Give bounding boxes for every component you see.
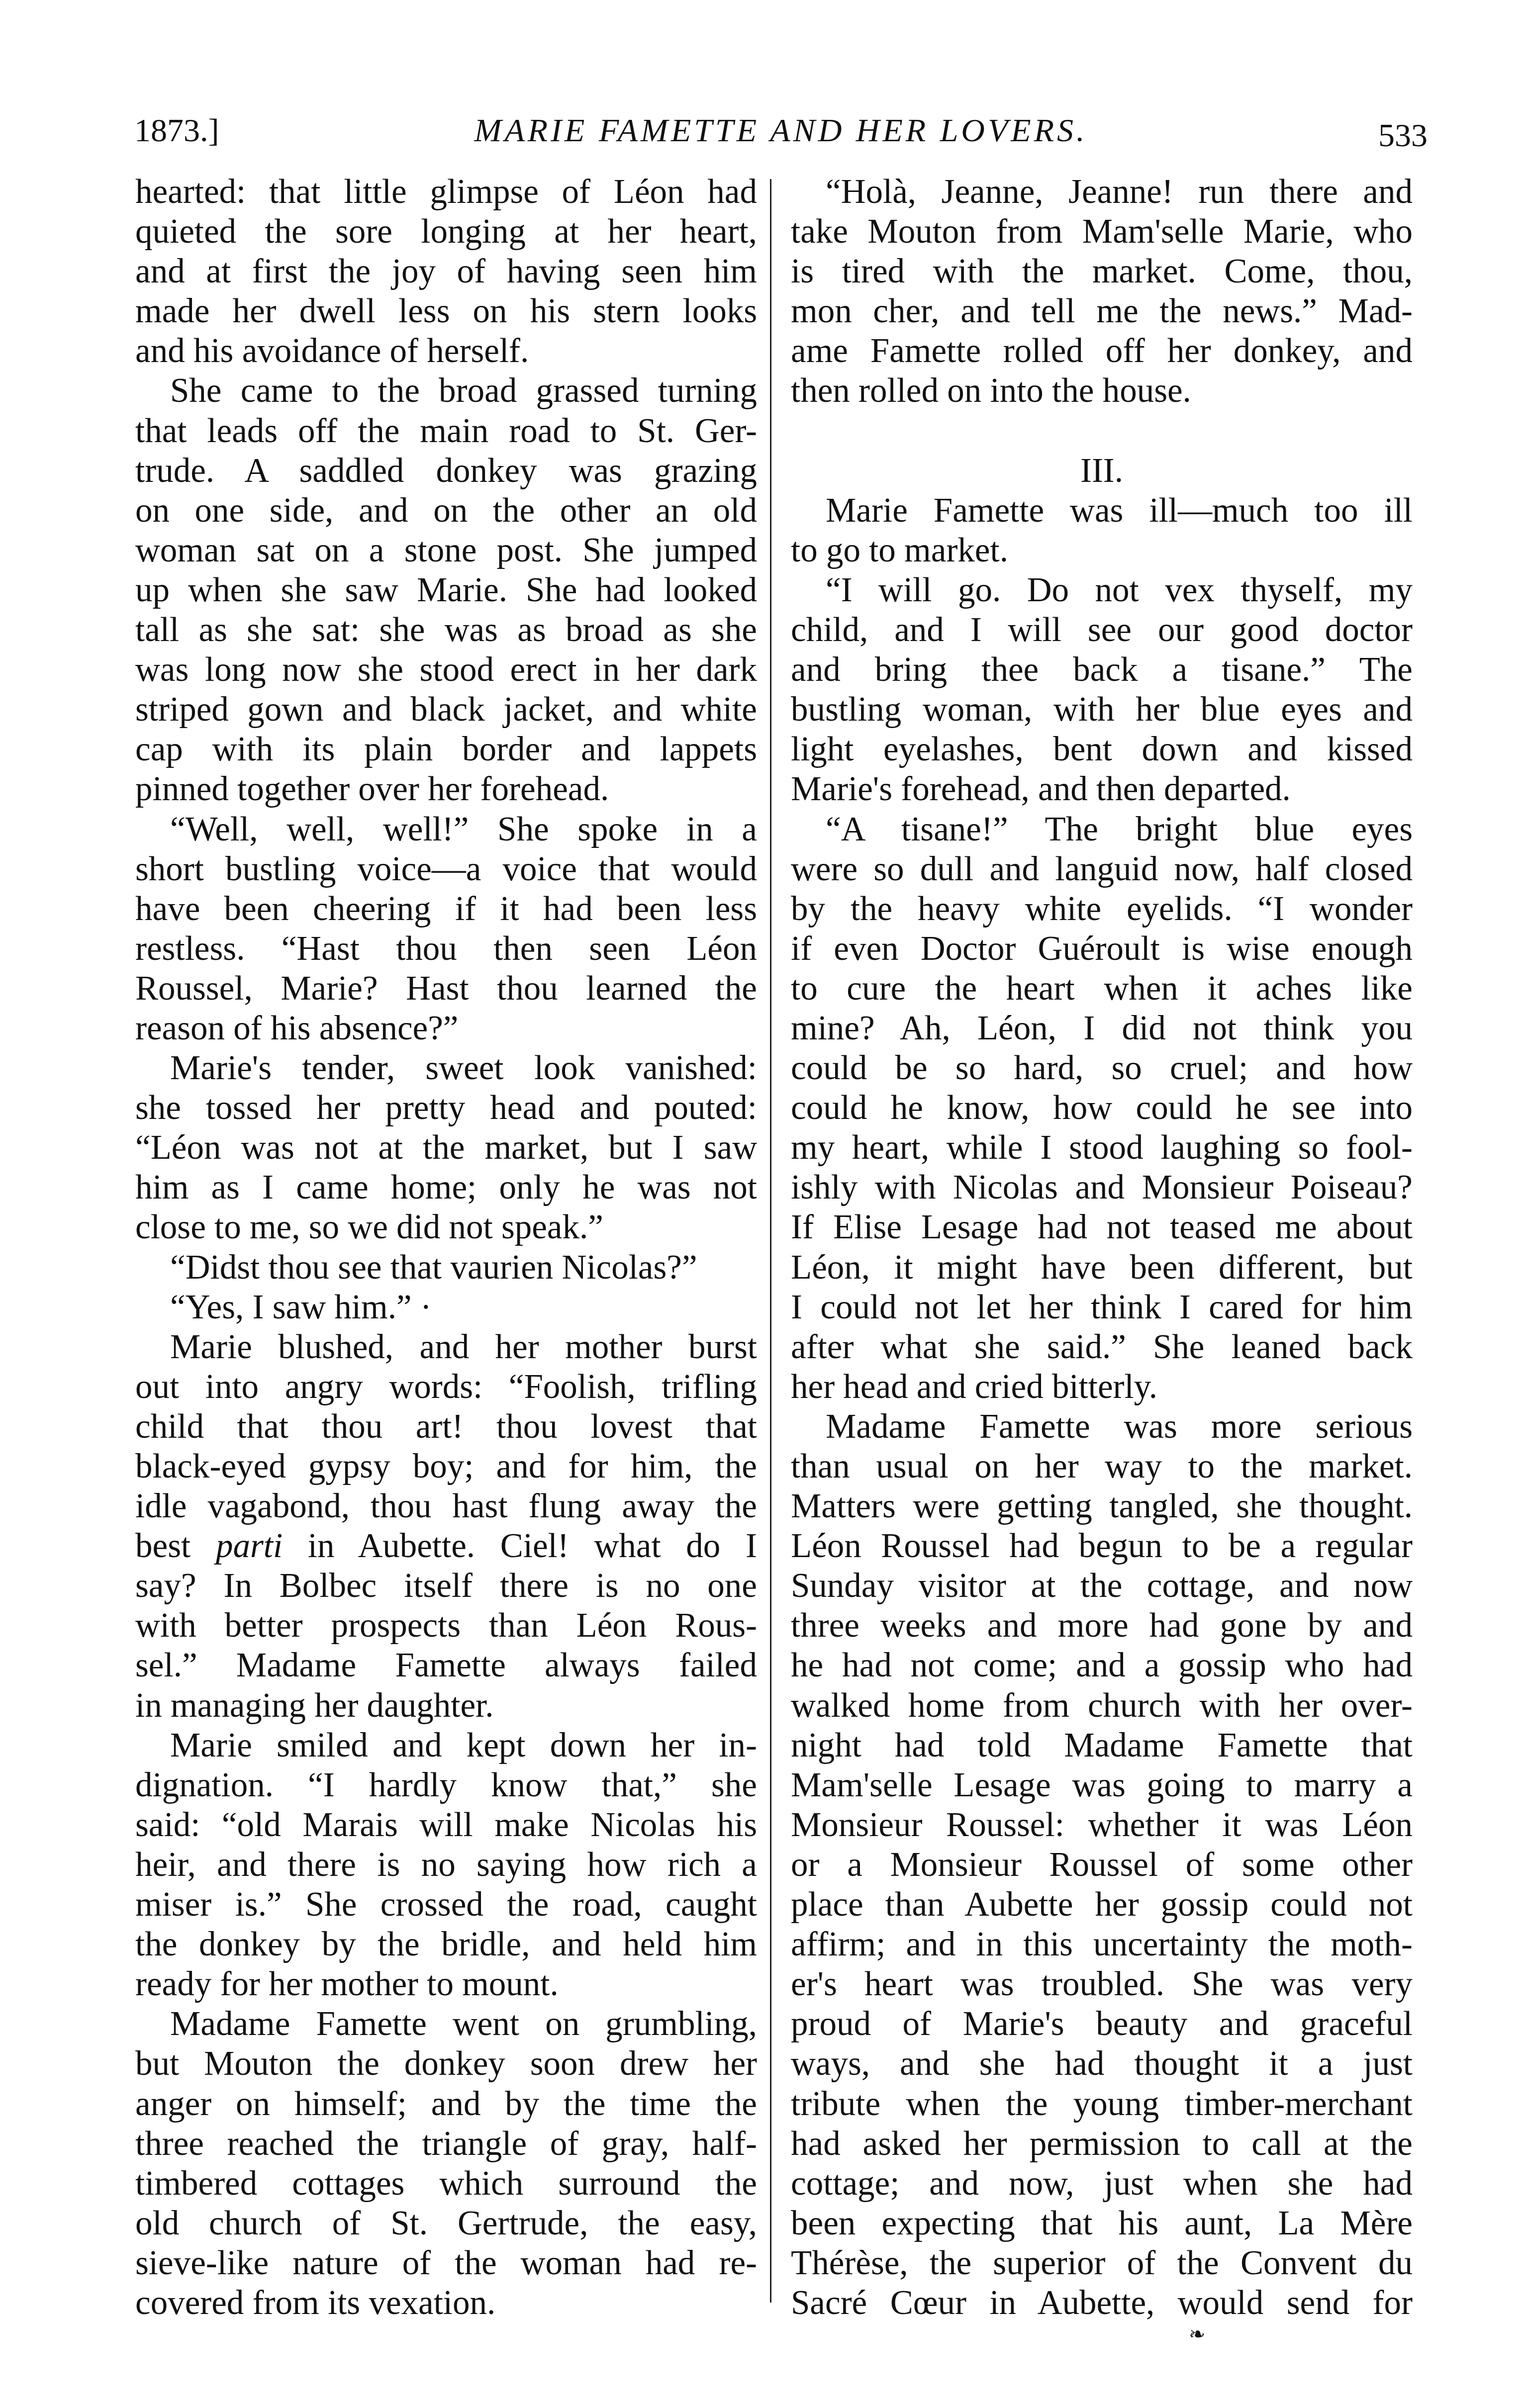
text-line: hearted: that little glimpse of Léon had [135,172,757,211]
text-line: Roussel, Marie? Hast thou learned the [135,968,757,1008]
text-line: were so dull and languid now, half close… [791,849,1413,889]
line-text: idle vagabond, thou hast flung away the [135,1487,757,1525]
line-text: to go to market. [791,531,1008,569]
line-text: heir, and there is no saying how rich a [135,1846,757,1883]
line-text: close to me, so we did not speak.” [135,1208,603,1246]
line-text: Matters were getting tangled, she though… [791,1487,1413,1525]
line-text: III. [1080,452,1123,489]
text-line: heir, and there is no saying how rich a [135,1845,757,1884]
line-text: had asked her permission to call at the [791,2125,1413,2162]
text-line: She came to the broad grassed turning [135,370,757,410]
text-line: but Mouton the donkey soon drew her [135,2043,757,2083]
line-text: Léon, it might have been different, but [791,1248,1413,1286]
line-text: Marie blushed, and her mother burst [170,1328,757,1366]
text-line: out into angry words: “Foolish, trifling [135,1367,757,1406]
text-line: pinned together over her forehead. [135,769,757,809]
line-text: mine? Ah, Léon, I did not think you [791,1009,1413,1047]
line-text: walked home from church with her over- [791,1686,1413,1724]
page-number: 533 [1378,117,1428,155]
text-line: Marie Famette was ill—much too ill [791,490,1413,530]
text-line: that leads off the main road to St. Ger- [135,411,757,451]
text-line: walked home from church with her over- [791,1685,1413,1725]
text-line: the donkey by the bridle, and held him [135,1924,757,1964]
text-line: he had not come; and a gossip who had [791,1645,1413,1685]
line-text: was long now she stood erect in her dark [135,650,757,688]
text-line: Madame Famette was more serious [791,1406,1413,1446]
text-line: tall as she sat: she was as broad as she [135,610,757,649]
line-text: dignation. “I hardly know that,” she [135,1766,757,1804]
text-line: III. [791,451,1413,490]
text-line: restless. “Hast thou then seen Léon [135,928,757,968]
text-line: proud of Marie's beauty and graceful [791,2004,1413,2043]
line-text: She came to the broad grassed turning [170,371,757,409]
text-line: Marie blushed, and her mother burst [135,1327,757,1367]
text-line: had asked her permission to call at the [791,2124,1413,2163]
line-text: place than Aubette her gossip could not [791,1885,1413,1923]
line-text: by the heavy white eyelids. “I wonder [791,890,1413,927]
text-line: light eyelashes, bent down and kissed [791,729,1413,769]
line-text: or a Monsieur Roussel of some other [791,1846,1413,1883]
text-line: quieted the sore longing at her heart, [135,211,757,251]
line-text: trude. A saddled donkey was grazing [135,452,757,489]
text-line: I could not let her think I cared for hi… [791,1287,1413,1327]
text-line: with better prospects than Léon Rous- [135,1605,757,1645]
text-line: striped gown and black jacket, and white [135,689,757,729]
text-line: dignation. “I hardly know that,” she [135,1765,757,1805]
line-text: were so dull and languid now, half close… [791,850,1413,888]
text-line: said: “old Marais will make Nicolas his [135,1805,757,1845]
text-line: Sunday visitor at the cottage, and now [791,1566,1413,1605]
line-text: striped gown and black jacket, and white [135,690,757,728]
line-text: ways, and she had thought it a just [791,2044,1413,2082]
line-text: Monsieur Roussel: whether it was Léon [791,1806,1413,1844]
line-text: “I will go. Do not vex thyself, my [826,571,1413,609]
line-text: hearted: that little glimpse of Léon had [135,173,757,210]
line-text: mon cher, and tell me the news.” Mad- [791,292,1413,330]
text-line: mon cher, and tell me the news.” Mad- [791,291,1413,331]
text-line: child, and I will see our good doctor [791,610,1413,649]
italic-word: parti [216,1527,283,1565]
text-line: ame Famette rolled off her donkey, and [791,331,1413,370]
line-text: ame Famette rolled off her donkey, and [791,332,1413,370]
text-line: Marie smiled and kept down her in- [135,1725,757,1765]
line-text: take Mouton from Mam'selle Marie, who [791,212,1413,250]
text-line: in managing her daughter. [135,1685,757,1725]
text-line: Matters were getting tangled, she though… [791,1486,1413,1526]
line-text: cap with its plain border and lappets [135,730,757,768]
line-text: tall as she sat: she was as broad as she [135,611,757,648]
line-text: could he know, how could he see into [791,1089,1413,1126]
text-line: and at first the joy of having seen him [135,251,757,291]
line-text: sieve-like nature of the woman had re- [135,2244,757,2282]
running-header: 1873.] MARIE FAMETTE AND HER LOVERS. 533 [134,102,1428,162]
line-text: best [135,1527,216,1565]
line-text: Roussel, Marie? Hast thou learned the [135,969,757,1007]
text-line: “Holà, Jeanne, Jeanne! run there and [791,172,1413,211]
line-text: made her dwell less on his stern looks [135,292,757,330]
text-line: could be so hard, so cruel; and how [791,1048,1413,1088]
line-text: pinned together over her forehead. [135,770,609,808]
line-text: if even Doctor Guéroult is wise enough [791,929,1413,967]
line-text: “Léon was not at the market, but I saw [135,1128,757,1166]
line-text: cottage; and now, just when she had [791,2164,1413,2202]
left-column: hearted: that little glimpse of Léon had… [135,172,757,2322]
text-line: ishly with Nicolas and Monsieur Poiseau? [791,1167,1413,1207]
line-text: light eyelashes, bent down and kissed [791,730,1413,768]
line-text: her head and cried bitterly. [791,1368,1157,1405]
text-line: woman sat on a stone post. She jumped [135,530,757,570]
line-text: and his avoidance of herself. [135,332,529,370]
line-text: “Holà, Jeanne, Jeanne! run there and [826,173,1413,210]
text-line: Marie's tender, sweet look vanished: [135,1048,757,1088]
line-text: ishly with Nicolas and Monsieur Poiseau? [791,1168,1413,1206]
line-text: him as I came home; only he was not [135,1168,757,1206]
line-text: Madame Famette went on grumbling, [170,2005,757,2042]
text-line [791,411,1413,451]
text-line: Madame Famette went on grumbling, [135,2004,757,2043]
text-line: Marie's forehead, and then departed. [791,769,1413,809]
text-line: affirm; and in this uncertainty the moth… [791,1924,1413,1964]
text-line: idle vagabond, thou hast flung away the [135,1486,757,1526]
line-text: have been cheering if it had been less [135,890,757,927]
line-text: I could not let her think I cared for hi… [791,1288,1413,1326]
column-divider [770,179,771,2303]
line-text: “A tisane!” The bright blue eyes [826,810,1413,848]
text-line: Thérèse, the superior of the Convent du [791,2243,1413,2283]
text-line: night had told Madame Famette that [791,1725,1413,1765]
text-line: “Well, well, well!” She spoke in a [135,809,757,849]
text-line: on one side, and on the other an old [135,490,757,530]
text-line: “I will go. Do not vex thyself, my [791,570,1413,610]
line-text: and bring thee back a tisane.” The [791,650,1413,688]
line-text: short bustling voice—a voice that would [135,850,757,888]
text-line: by the heavy white eyelids. “I wonder [791,889,1413,928]
text-line: then rolled on into the house. [791,370,1413,410]
line-text: ready for her mother to mount. [135,1965,559,2003]
line-text: he had not come; and a gossip who had [791,1646,1413,1684]
text-line: child that thou art! thou lovest that [135,1406,757,1446]
line-text: but Mouton the donkey soon drew her [135,2044,757,2082]
line-text: Léon Roussel had begun to be a regular [791,1527,1413,1565]
line-text: timbered cottages which surround the [135,2164,757,2202]
text-line: and his avoidance of herself. [135,331,757,370]
line-text: with better prospects than Léon Rous- [135,1606,757,1644]
text-line: old church of St. Gertrude, the easy, [135,2203,757,2243]
line-text: up when she saw Marie. She had looked [135,571,757,609]
line-text: Marie's tender, sweet look vanished: [170,1049,757,1087]
text-line: she tossed her pretty head and pouted: [135,1088,757,1127]
line-text: reason of his absence?” [135,1009,458,1047]
text-line: best parti in Aubette. Ciel! what do I [135,1526,757,1566]
text-line: mine? Ah, Léon, I did not think you [791,1008,1413,1048]
line-text: child that thou art! thou lovest that [135,1407,757,1445]
text-line: up when she saw Marie. She had looked [135,570,757,610]
line-text: bustling woman, with her blue eyes and [791,690,1413,728]
text-line: cap with its plain border and lappets [135,729,757,769]
line-text: on one side, and on the other an old [135,491,757,529]
line-text: three weeks and more had gone by and [791,1606,1413,1644]
line-text: that leads off the main road to St. Ger- [135,412,757,450]
text-line: if even Doctor Guéroult is wise enough [791,928,1413,968]
text-line: three reached the triangle of gray, half… [135,2124,757,2163]
text-line: reason of his absence?” [135,1008,757,1048]
line-text: out into angry words: “Foolish, trifling [135,1368,757,1405]
text-line: close to me, so we did not speak.” [135,1207,757,1247]
line-text: three reached the triangle of gray, half… [135,2125,757,2162]
line-text: Madame Famette was more serious [826,1407,1413,1445]
text-line: Sacré Cœur in Aubette, would send for [791,2283,1413,2322]
text-line: anger on himself; and by the time the [135,2084,757,2124]
line-text: Mam'selle Lesage was going to marry a [791,1766,1413,1804]
line-text: than usual on her way to the market. [791,1447,1413,1485]
text-line: than usual on her way to the market. [791,1446,1413,1486]
text-line: Léon, it might have been different, but [791,1247,1413,1287]
text-line: covered from its vexation. [135,2283,757,2322]
text-line: was long now she stood erect in her dark [135,649,757,689]
line-text: to cure the heart when it aches like [791,969,1413,1007]
text-line: been expecting that his aunt, La Mère [791,2203,1413,2243]
right-column: “Holà, Jeanne, Jeanne! run there andtake… [791,172,1413,2322]
text-line: short bustling voice—a voice that would [135,849,757,889]
line-text: Marie smiled and kept down her in- [170,1726,757,1764]
line-text: affirm; and in this uncertainty the moth… [791,1925,1413,1963]
text-line: or a Monsieur Roussel of some other [791,1845,1413,1884]
text-line: “Léon was not at the market, but I saw [135,1127,757,1167]
text-line: Mam'selle Lesage was going to marry a [791,1765,1413,1805]
text-line: to go to market. [791,530,1413,570]
text-line: bustling woman, with her blue eyes and [791,689,1413,729]
printer-ornament-icon: ❧ [1189,2322,1206,2346]
line-text: covered from its vexation. [135,2284,495,2321]
text-line: cottage; and now, just when she had [791,2163,1413,2203]
text-line: made her dwell less on his stern looks [135,291,757,331]
line-text: anger on himself; and by the time the [135,2085,757,2123]
text-line: after what she said.” She leaned back [791,1327,1413,1367]
text-line: him as I came home; only he was not [135,1167,757,1207]
line-text: Thérèse, the superior of the Convent du [791,2244,1413,2282]
line-text: could be so hard, so cruel; and how [791,1049,1413,1087]
line-text: the donkey by the bridle, and held him [135,1925,757,1963]
header-title: MARIE FAMETTE AND HER LOVERS. [134,112,1428,150]
line-text: say? In Bolbec itself there is no one [135,1567,757,1604]
text-line: ways, and she had thought it a just [791,2043,1413,2083]
line-text: night had told Madame Famette that [791,1726,1413,1764]
text-line: place than Aubette her gossip could not [791,1884,1413,1924]
text-line: black-eyed gypsy boy; and for him, the [135,1446,757,1486]
text-line: sel.” Madame Famette always failed [135,1645,757,1685]
text-line: miser is.” She crossed the road, caught [135,1884,757,1924]
text-line: “A tisane!” The bright blue eyes [791,809,1413,849]
text-line: her head and cried bitterly. [791,1367,1413,1406]
text-line: my heart, while I stood laughing so fool… [791,1127,1413,1167]
line-text: been expecting that his aunt, La Mère [791,2204,1413,2242]
line-text: is tired with the market. Come, thou, [791,252,1413,290]
text-line: Léon Roussel had begun to be a regular [791,1526,1413,1566]
line-text: in managing her daughter. [135,1686,493,1724]
line-text: she tossed her pretty head and pouted: [135,1089,757,1126]
text-line: sieve-like nature of the woman had re- [135,2243,757,2283]
text-line: er's heart was troubled. She was very [791,1964,1413,2004]
text-line: to cure the heart when it aches like [791,968,1413,1008]
text-line: have been cheering if it had been less [135,889,757,928]
line-text: Sacré Cœur in Aubette, would send for [791,2284,1413,2321]
line-text: quieted the sore longing at her heart, [135,212,757,250]
text-line: tribute when the young timber-merchant [791,2084,1413,2124]
text-line: trude. A saddled donkey was grazing [135,451,757,490]
text-line: timbered cottages which surround the [135,2163,757,2203]
text-line: three weeks and more had gone by and [791,1605,1413,1645]
text-line: is tired with the market. Come, thou, [791,251,1413,291]
line-text: black-eyed gypsy boy; and for him, the [135,1447,757,1485]
text-line: If Elise Lesage had not teased me about [791,1207,1413,1247]
line-text: after what she said.” She leaned back [791,1328,1413,1366]
line-text: miser is.” She crossed the road, caught [135,1885,757,1923]
line-text: tribute when the young timber-merchant [791,2085,1413,2123]
line-text: restless. “Hast thou then seen Léon [135,929,757,967]
line-text: woman sat on a stone post. She jumped [135,531,757,569]
line-text: child, and I will see our good doctor [791,611,1413,648]
line-text: sel.” Madame Famette always failed [135,1646,757,1684]
line-text: Marie's forehead, and then departed. [791,770,1291,808]
line-text: said: “old Marais will make Nicolas his [135,1806,757,1844]
line-text: “Well, well, well!” She spoke in a [170,810,757,848]
line-text-after: in Aubette. Ciel! what do I [283,1527,757,1565]
text-line: Monsieur Roussel: whether it was Léon [791,1805,1413,1845]
line-text: and at first the joy of having seen him [135,252,757,290]
line-text: Sunday visitor at the cottage, and now [791,1567,1413,1604]
line-text: old church of St. Gertrude, the easy, [135,2204,757,2242]
text-line: take Mouton from Mam'selle Marie, who [791,211,1413,251]
line-text: then rolled on into the house. [791,371,1191,409]
line-text: er's heart was troubled. She was very [791,1965,1413,2003]
text-line: “Didst thou see that vaurien Nicolas?” [135,1247,757,1287]
text-line: “Yes, I saw him.” · [135,1287,757,1327]
line-text: “Didst thou see that vaurien Nicolas?” [170,1248,697,1286]
text-line: and bring thee back a tisane.” The [791,649,1413,689]
text-line: could he know, how could he see into [791,1088,1413,1127]
line-text: Marie Famette was ill—much too ill [826,491,1413,529]
text-line: say? In Bolbec itself there is no one [135,1566,757,1605]
line-text: If Elise Lesage had not teased me about [791,1208,1413,1246]
line-text: my heart, while I stood laughing so fool… [791,1128,1413,1166]
line-text: proud of Marie's beauty and graceful [791,2005,1413,2042]
line-text: “Yes, I saw him.” · [170,1288,432,1326]
text-line: ready for her mother to mount. [135,1964,757,2004]
